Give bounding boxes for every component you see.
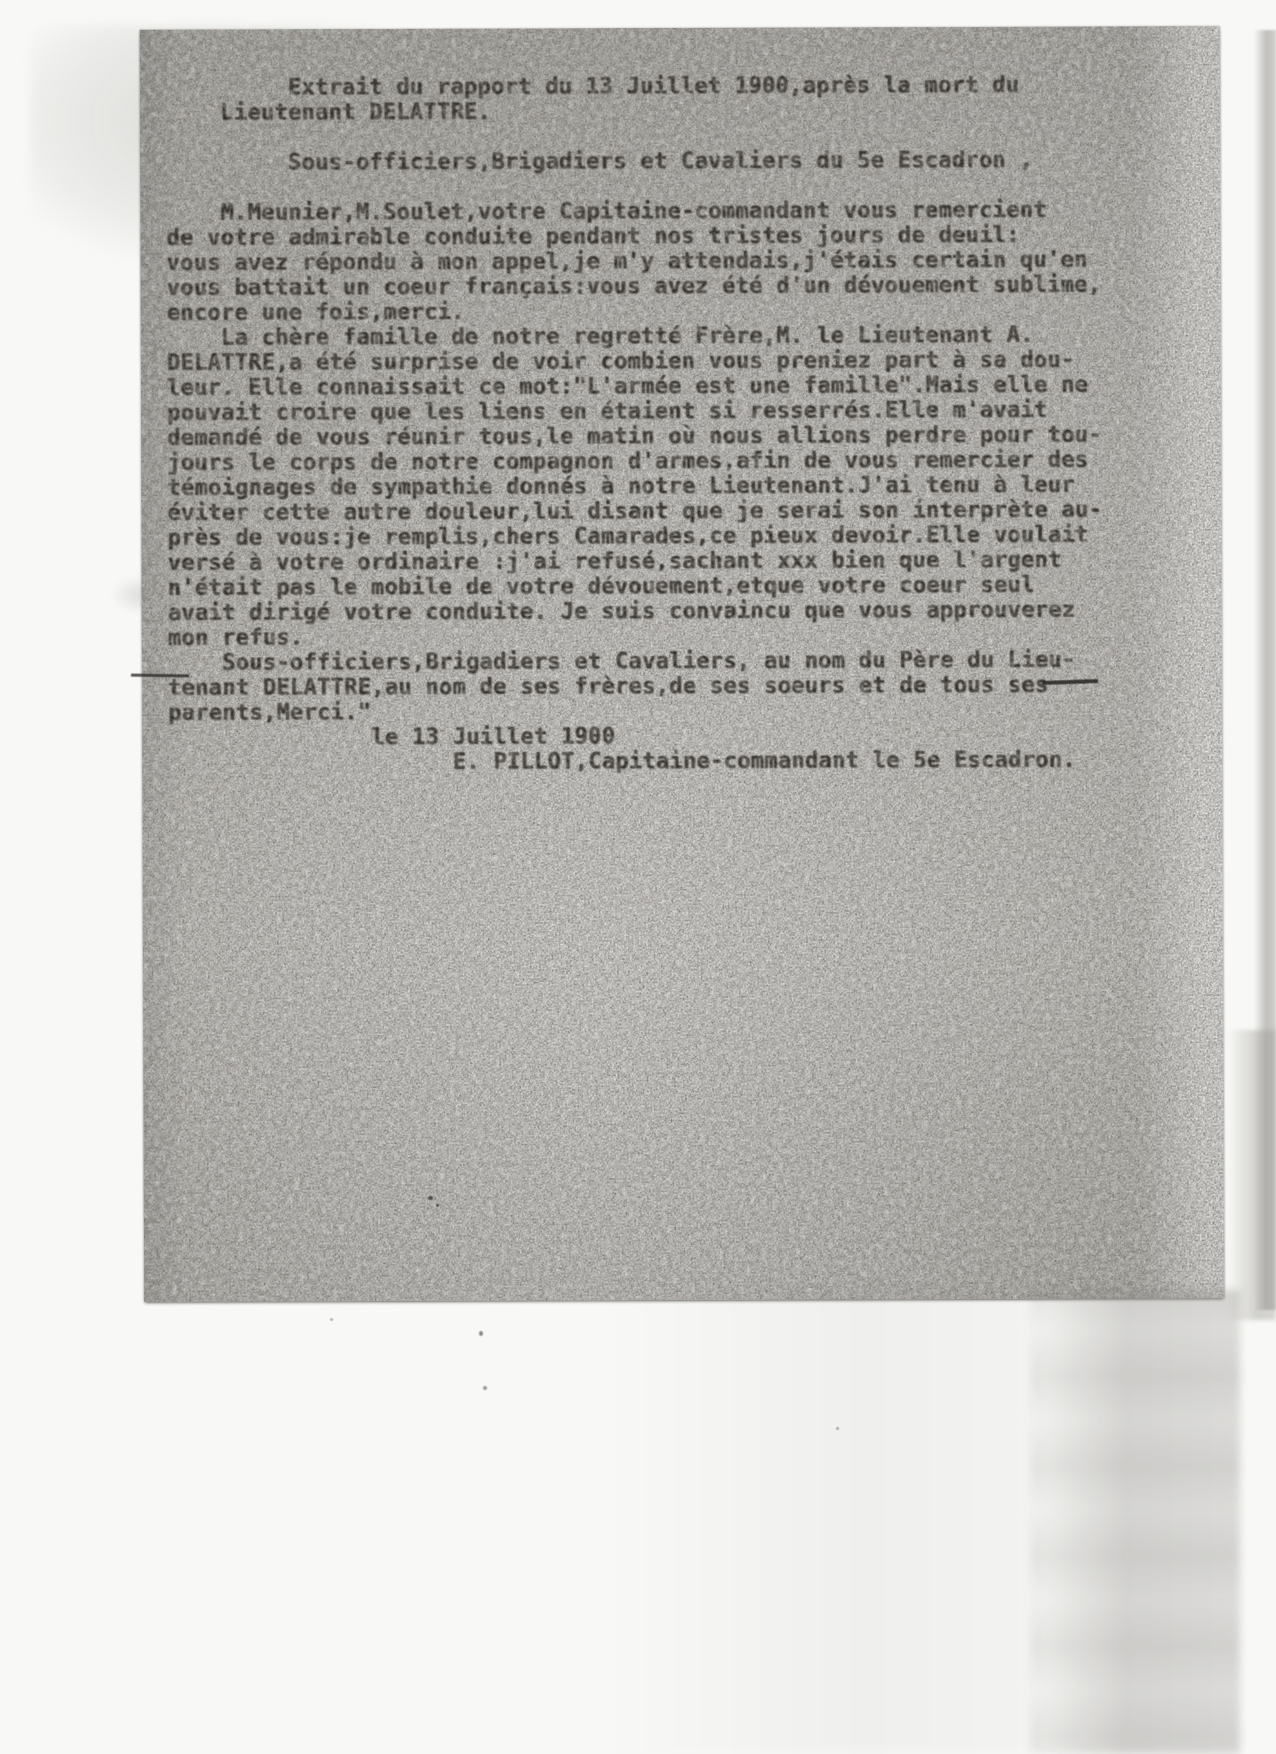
toner-speck [483,1386,487,1390]
toner-speck [479,1331,483,1336]
toner-band-bottom-center [600,1295,1040,1754]
ink-line-artifact-left-margin [131,674,189,678]
toner-band-bottom-right [1030,1290,1240,1754]
scanned-document: Extrait du rapport du 13 Juillet 1900,ap… [140,26,1224,1302]
document-text: Extrait du rapport du 13 Juillet 1900,ap… [166,73,1103,776]
photocopy-page: Extrait du rapport du 13 Juillet 1900,ap… [0,0,1276,1754]
toner-speck [330,1318,333,1321]
toner-speck [436,1204,439,1207]
toner-speck [428,1196,433,1200]
toner-speck [836,1427,839,1430]
scan-edge-strip-right-lower [1228,1030,1276,1320]
